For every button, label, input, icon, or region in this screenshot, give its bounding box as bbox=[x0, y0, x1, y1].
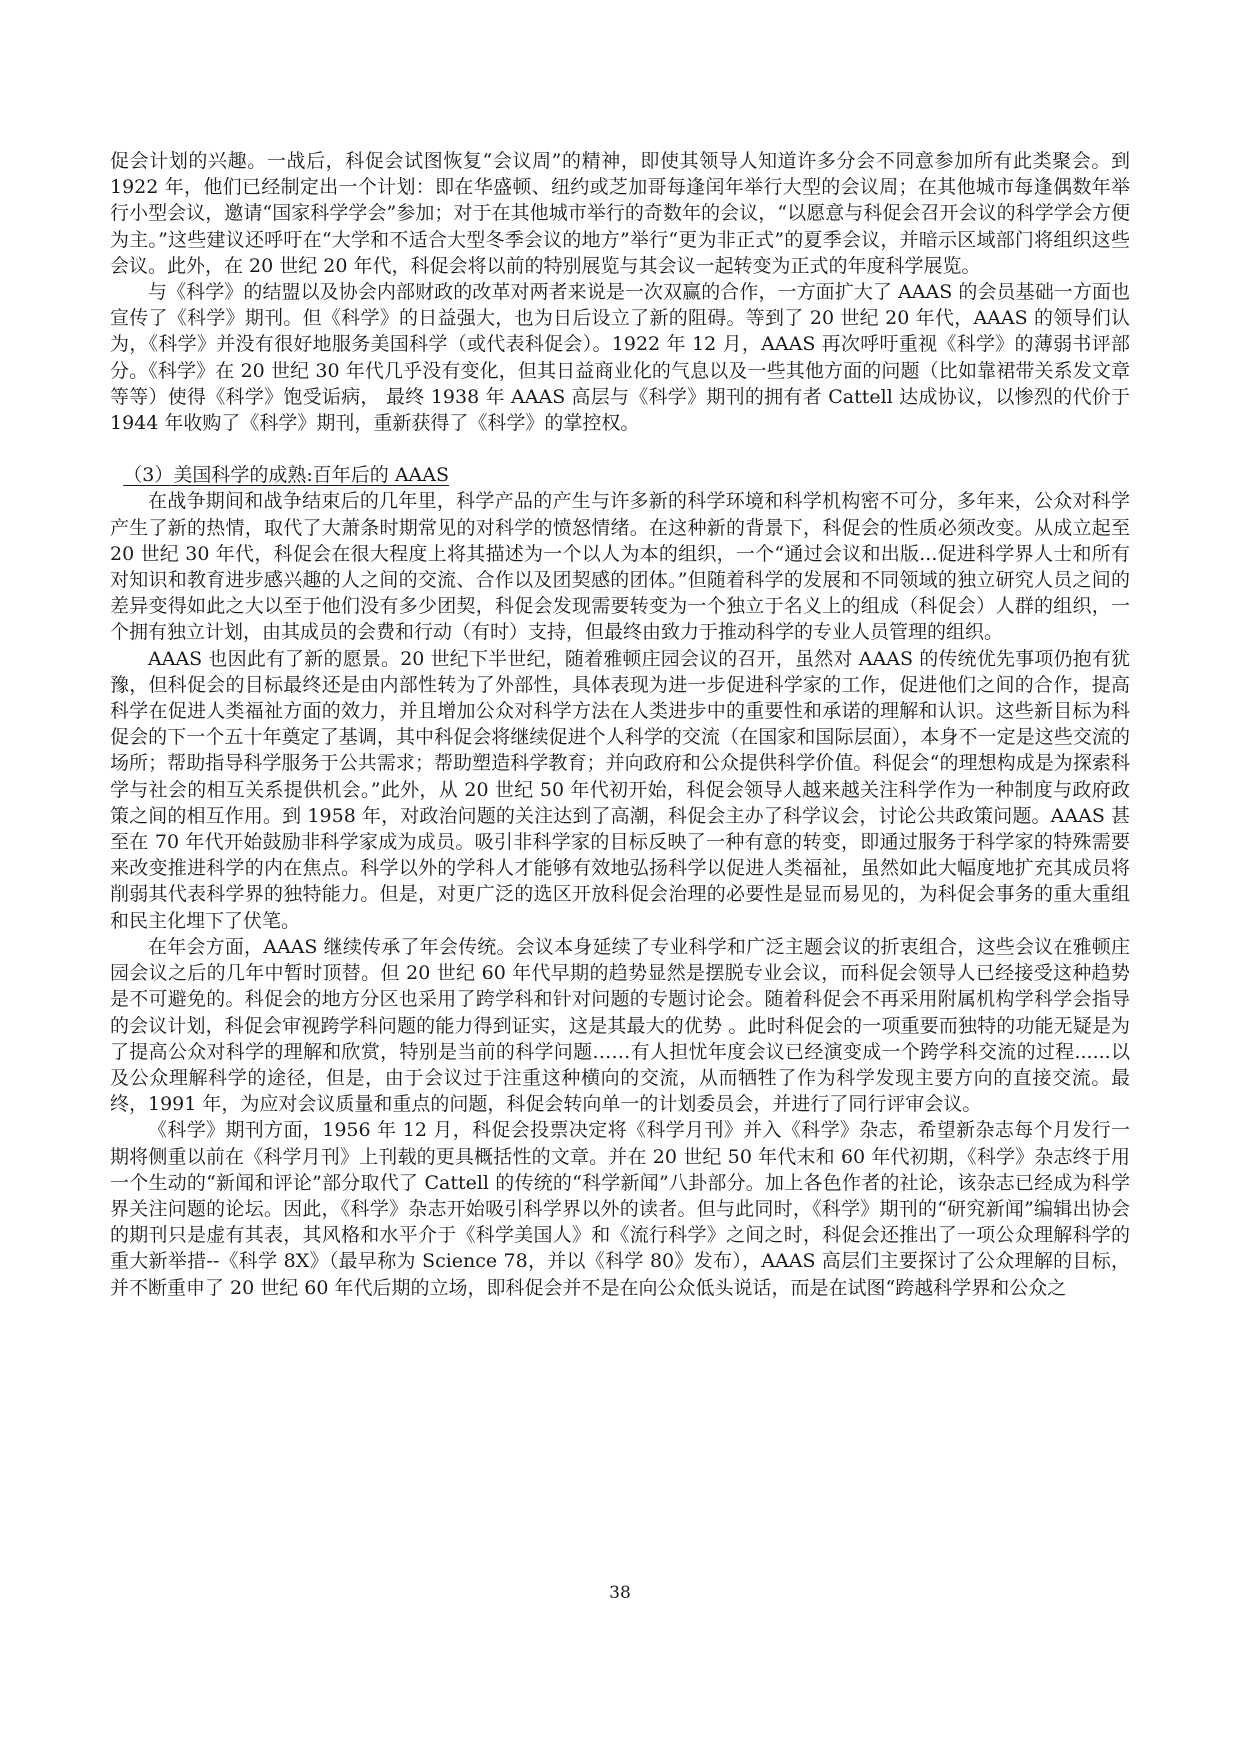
document-page: 促会计划的兴趣。一战后，科促会试图恢复“会议周”的精神，即使其领导人知道许多分会… bbox=[110, 148, 1130, 1301]
paragraph: 促会计划的兴趣。一战后，科促会试图恢复“会议周”的精神，即使其领导人知道许多分会… bbox=[110, 148, 1130, 279]
paragraph: 《科学》期刊方面，1956 年 12 月，科促会投票决定将《科学月刊》并入《科学… bbox=[110, 1117, 1130, 1300]
section-heading: （3）美国科学的成熟:百年后的 AAAS bbox=[110, 462, 1130, 488]
paragraph: 在战争期间和战争结束后的几年里，科学产品的产生与许多新的科学环境和科学机构密不可… bbox=[110, 488, 1130, 645]
section-heading-text: （3）美国科学的成熟:百年后的 AAAS bbox=[123, 464, 449, 486]
paragraph: 与《科学》的结盟以及协会内部财政的改革对两者来说是一次双赢的合作，一方面扩大了 … bbox=[110, 279, 1130, 436]
page-number: 38 bbox=[0, 1583, 1240, 1603]
paragraph: 在年会方面，AAAS 继续传承了年会传统。会议本身延续了专业科学和广泛主题会议的… bbox=[110, 934, 1130, 1117]
paragraph: AAAS 也因此有了新的愿景。20 世纪下半世纪，随着雅顿庄园会议的召开，虽然对… bbox=[110, 646, 1130, 934]
